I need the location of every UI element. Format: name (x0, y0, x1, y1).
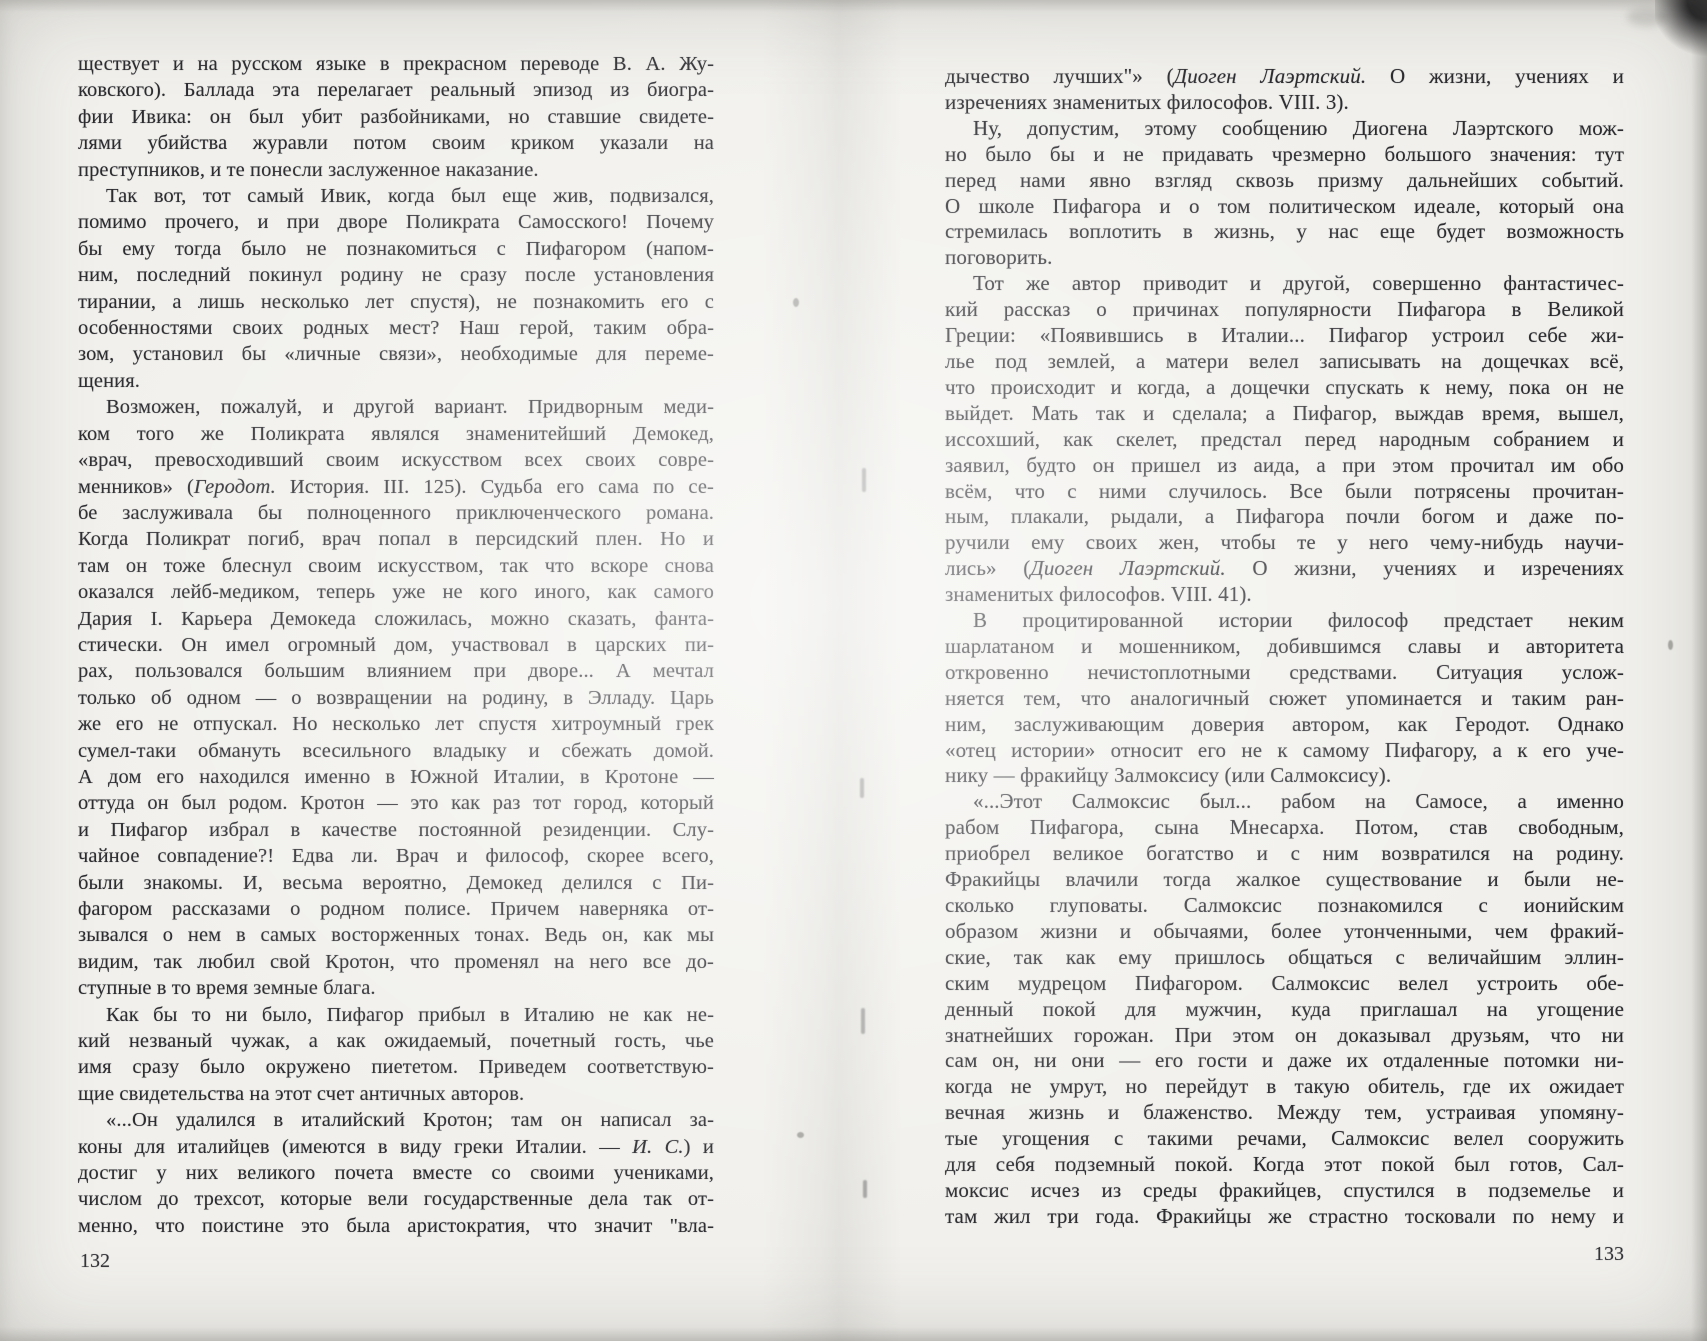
text-line: там жил три года. Фракийцы же страстно т… (945, 1204, 1624, 1230)
spread: ществует и на русском языке в прекрасном… (0, 0, 1707, 1341)
text-line: няется тем, что аналогичный сюжет упомин… (945, 686, 1624, 712)
text-line: Дария I. Карьера Демокеда сложилась, мож… (78, 606, 714, 632)
text-line: числом до трехсот, которые вели государс… (78, 1186, 714, 1212)
text-line: стремилась воплотить в жизнь, у нас еще … (945, 219, 1624, 245)
scan-corner-mark (1655, 0, 1707, 56)
text-line: преступников, и те понесли заслуженное н… (78, 157, 714, 183)
text-line: ним, заслуживающим доверия автором, как … (945, 712, 1624, 738)
text-line: рабом Пифагора, сына Мнесарха. Потом, ст… (945, 815, 1624, 841)
paragraph: дычество лучших"» (Диоген Лаэртский. О ж… (945, 64, 1624, 116)
paragraph: ществует и на русском языке в прекрасном… (78, 51, 714, 183)
text-line: стически. Он имел огромный дом, участвов… (78, 632, 714, 658)
text-line: ручили ему своих жен, чтобы те у него че… (945, 530, 1624, 556)
text-line: что происходит и когда, а дощечки спуска… (945, 375, 1624, 401)
text-line: всём, что с ними случилось. Все были пот… (945, 479, 1624, 505)
right-page-text: дычество лучших"» (Диоген Лаэртский. О ж… (945, 64, 1624, 1230)
text-line: поговорить. (945, 245, 1624, 271)
text-line: там он тоже блеснул своим искусством, та… (78, 553, 714, 579)
text-line: Ну, допустим, этому сообщению Диогена Ла… (945, 116, 1624, 142)
text-line: когда не умрут, но перейдут в такую обит… (945, 1074, 1624, 1100)
text-line: кий рассказ о причинах популярности Пифа… (945, 297, 1624, 323)
text-line: ным, плакали, рыдали, а Пифагора почли б… (945, 504, 1624, 530)
text-line: же его не отпускал. Но несколько лет спу… (78, 711, 714, 737)
paragraph: В процитированной истории философ предст… (945, 608, 1624, 789)
gutter-mark (863, 1180, 867, 1198)
scan-speck (1668, 640, 1673, 650)
text-line: Фракийцы влачили тогда жалкое существова… (945, 867, 1624, 893)
text-line: щие свидетельства на этот счет античных … (78, 1081, 714, 1107)
text-line: оказался лейб-медиком, теперь уже не ког… (78, 579, 714, 605)
gutter-mark (862, 468, 866, 492)
text-line: сумел-таки обмануть всесильного владыку … (78, 738, 714, 764)
text-line: но было бы и не придавать чрезмерно боль… (945, 142, 1624, 168)
paragraph: Так вот, тот самый Ивик, когда был еще ж… (78, 183, 714, 394)
text-line: были знакомы. И, весьма вероятно, Демоке… (78, 870, 714, 896)
scan-speck (797, 1132, 804, 1138)
paragraph: Тот же автор приводит и другой, совершен… (945, 271, 1624, 608)
text-line: менно, что поистине это была аристократи… (78, 1213, 714, 1239)
text-line: лись» (Диоген Лаэртский. О жизни, учения… (945, 556, 1624, 582)
scan-speck (793, 298, 799, 307)
text-line: ским мудрецом Пифагором. Салмоксис велел… (945, 971, 1624, 997)
text-line: иссохший, как скелет, предстал перед нар… (945, 427, 1624, 453)
text-line: вечная жизнь и блаженство. Между тем, ус… (945, 1100, 1624, 1126)
text-line: сколько глуповаты. Салмоксис познакомилс… (945, 893, 1624, 919)
text-line: бы ему тогда было не познакомиться с Пиф… (78, 236, 714, 262)
text-line: Как бы то ни было, Пифагор прибыл в Итал… (78, 1002, 714, 1028)
text-line: лье под землей, а матери велел записыват… (945, 349, 1624, 375)
gutter-mark (860, 778, 864, 798)
page-gutter-shadow (762, 0, 902, 1341)
text-line: ские, так как ему пришлось общаться с ве… (945, 945, 1624, 971)
text-line: Греции: «Появившись в Италии... Пифагор … (945, 323, 1624, 349)
paragraph: Возможен, пожалуй, и другой вариант. При… (78, 394, 714, 1001)
text-line: имя сразу было окружено пиететом. Привед… (78, 1054, 714, 1080)
text-line: знаменитых философов. VIII. 41). (945, 582, 1624, 608)
text-line: В процитированной истории философ предст… (945, 608, 1624, 634)
text-line: кий незваный чужак, а как ожидаемый, поч… (78, 1028, 714, 1054)
text-line: фагором рассказами о родном полисе. Прич… (78, 896, 714, 922)
paragraph: «...Он удалился в италийский Кротон; там… (78, 1107, 714, 1239)
text-line: рах, пользовался большим влиянием при дв… (78, 658, 714, 684)
text-line: ступные в то время земные блага. (78, 975, 714, 1001)
text-line: О школе Пифагора и о том политическом ид… (945, 194, 1624, 220)
scan-edge-bottom (0, 1327, 1707, 1341)
text-line: выйдет. Мать так и сделала; а Пифагор, в… (945, 401, 1624, 427)
text-line: Так вот, тот самый Ивик, когда был еще ж… (78, 183, 714, 209)
text-line: шарлатаном и мошенником, добившимся слав… (945, 634, 1624, 660)
text-line: А дом его находился именно в Южной Итали… (78, 764, 714, 790)
text-line: Возможен, пожалуй, и другой вариант. При… (78, 394, 714, 420)
text-line: ковского). Баллада эта перелагает реальн… (78, 77, 714, 103)
text-line: чайное совпадение?! Едва ли. Врач и фило… (78, 843, 714, 869)
left-page-text: ществует и на русском языке в прекрасном… (78, 51, 714, 1239)
text-line: Когда Поликрат погиб, врач попал в перси… (78, 526, 714, 552)
text-line: «отец истории» относит его не к самому П… (945, 738, 1624, 764)
text-line: «...Этот Салмоксис был... рабом на Самос… (945, 789, 1624, 815)
paragraph: Как бы то ни было, Пифагор прибыл в Итал… (78, 1002, 714, 1108)
text-line: и Пифагор избрал в качестве постоянной р… (78, 817, 714, 843)
text-line: перед нами явно взгляд сквозь призму дал… (945, 168, 1624, 194)
paragraph: «...Этот Салмоксис был... рабом на Самос… (945, 789, 1624, 1229)
paragraph: Ну, допустим, этому сообщению Диогена Ла… (945, 116, 1624, 271)
text-line: нику — фракийцу Залмоксису (или Салмокси… (945, 763, 1624, 789)
text-line: изречениях знаменитых философов. VIII. 3… (945, 90, 1624, 116)
text-line: денный покой для мужчин, куда приглашал … (945, 997, 1624, 1023)
scan-edge-top (0, 0, 1707, 12)
text-line: бе заслуживала бы полноценного приключен… (78, 500, 714, 526)
book-spread-scan: { "document": { "kind": "scanned book sp… (0, 0, 1707, 1341)
text-line: достиг у них великого почета вместе со с… (78, 1160, 714, 1186)
text-line: «врач, превосходивший своим искусством в… (78, 447, 714, 473)
text-line: ним, последний покинул родину не сразу п… (78, 262, 714, 288)
text-line: тирании, а лишь несколько лет спустя), н… (78, 289, 714, 315)
text-line: зывался о нем в самых восторженных тонах… (78, 922, 714, 948)
text-line: особенностями своих родных мест? Наш гер… (78, 315, 714, 341)
text-line: образом жизни и обычаями, более утонченн… (945, 919, 1624, 945)
scan-edge-right (1691, 0, 1707, 1341)
text-line: Тот же автор приводит и другой, совершен… (945, 271, 1624, 297)
text-line: заявил, будто он пришел из аида, а при э… (945, 453, 1624, 479)
text-line: «...Он удалился в италийский Кротон; там… (78, 1107, 714, 1133)
text-line: ком того же Поликрата являлся знаменитей… (78, 421, 714, 447)
text-line: видим, так любил свой Кротон, что промен… (78, 949, 714, 975)
page-number-left: 132 (80, 1250, 110, 1273)
gutter-mark (861, 1008, 865, 1034)
text-line: ществует и на русском языке в прекрасном… (78, 51, 714, 77)
text-line: знатнейших горожан. При этом он доказыва… (945, 1023, 1624, 1049)
text-line: лями убийства журавли потом своим криком… (78, 130, 714, 156)
text-line: моксис исчез из среды фракийцев, спустил… (945, 1178, 1624, 1204)
text-line: менников» (Геродот. История. III. 125). … (78, 474, 714, 500)
text-line: тые угощения с такими речами, Салмоксис … (945, 1126, 1624, 1152)
text-line: оттуда он был родом. Кротон — это как ра… (78, 790, 714, 816)
text-line: дычество лучших"» (Диоген Лаэртский. О ж… (945, 64, 1624, 90)
text-line: помимо прочего, и при дворе Поликрата Са… (78, 209, 714, 235)
text-line: откровенно нечистоплотными средствами. С… (945, 660, 1624, 686)
text-line: коны для италийцев (имеются в виду греки… (78, 1134, 714, 1160)
text-line: приобрел великое богатство и с ним возвр… (945, 841, 1624, 867)
text-line: фии Ивика: он был убит разбойниками, но … (78, 104, 714, 130)
text-line: только об одном — о возвращении на родин… (78, 685, 714, 711)
text-line: для себя подземный покой. Когда этот пок… (945, 1152, 1624, 1178)
text-line: зом, установил бы «личные связи», необхо… (78, 341, 714, 367)
text-line: сам он, ни они — его гости и даже их отд… (945, 1048, 1624, 1074)
page-number-right: 133 (945, 1243, 1624, 1266)
text-line: щения. (78, 368, 714, 394)
